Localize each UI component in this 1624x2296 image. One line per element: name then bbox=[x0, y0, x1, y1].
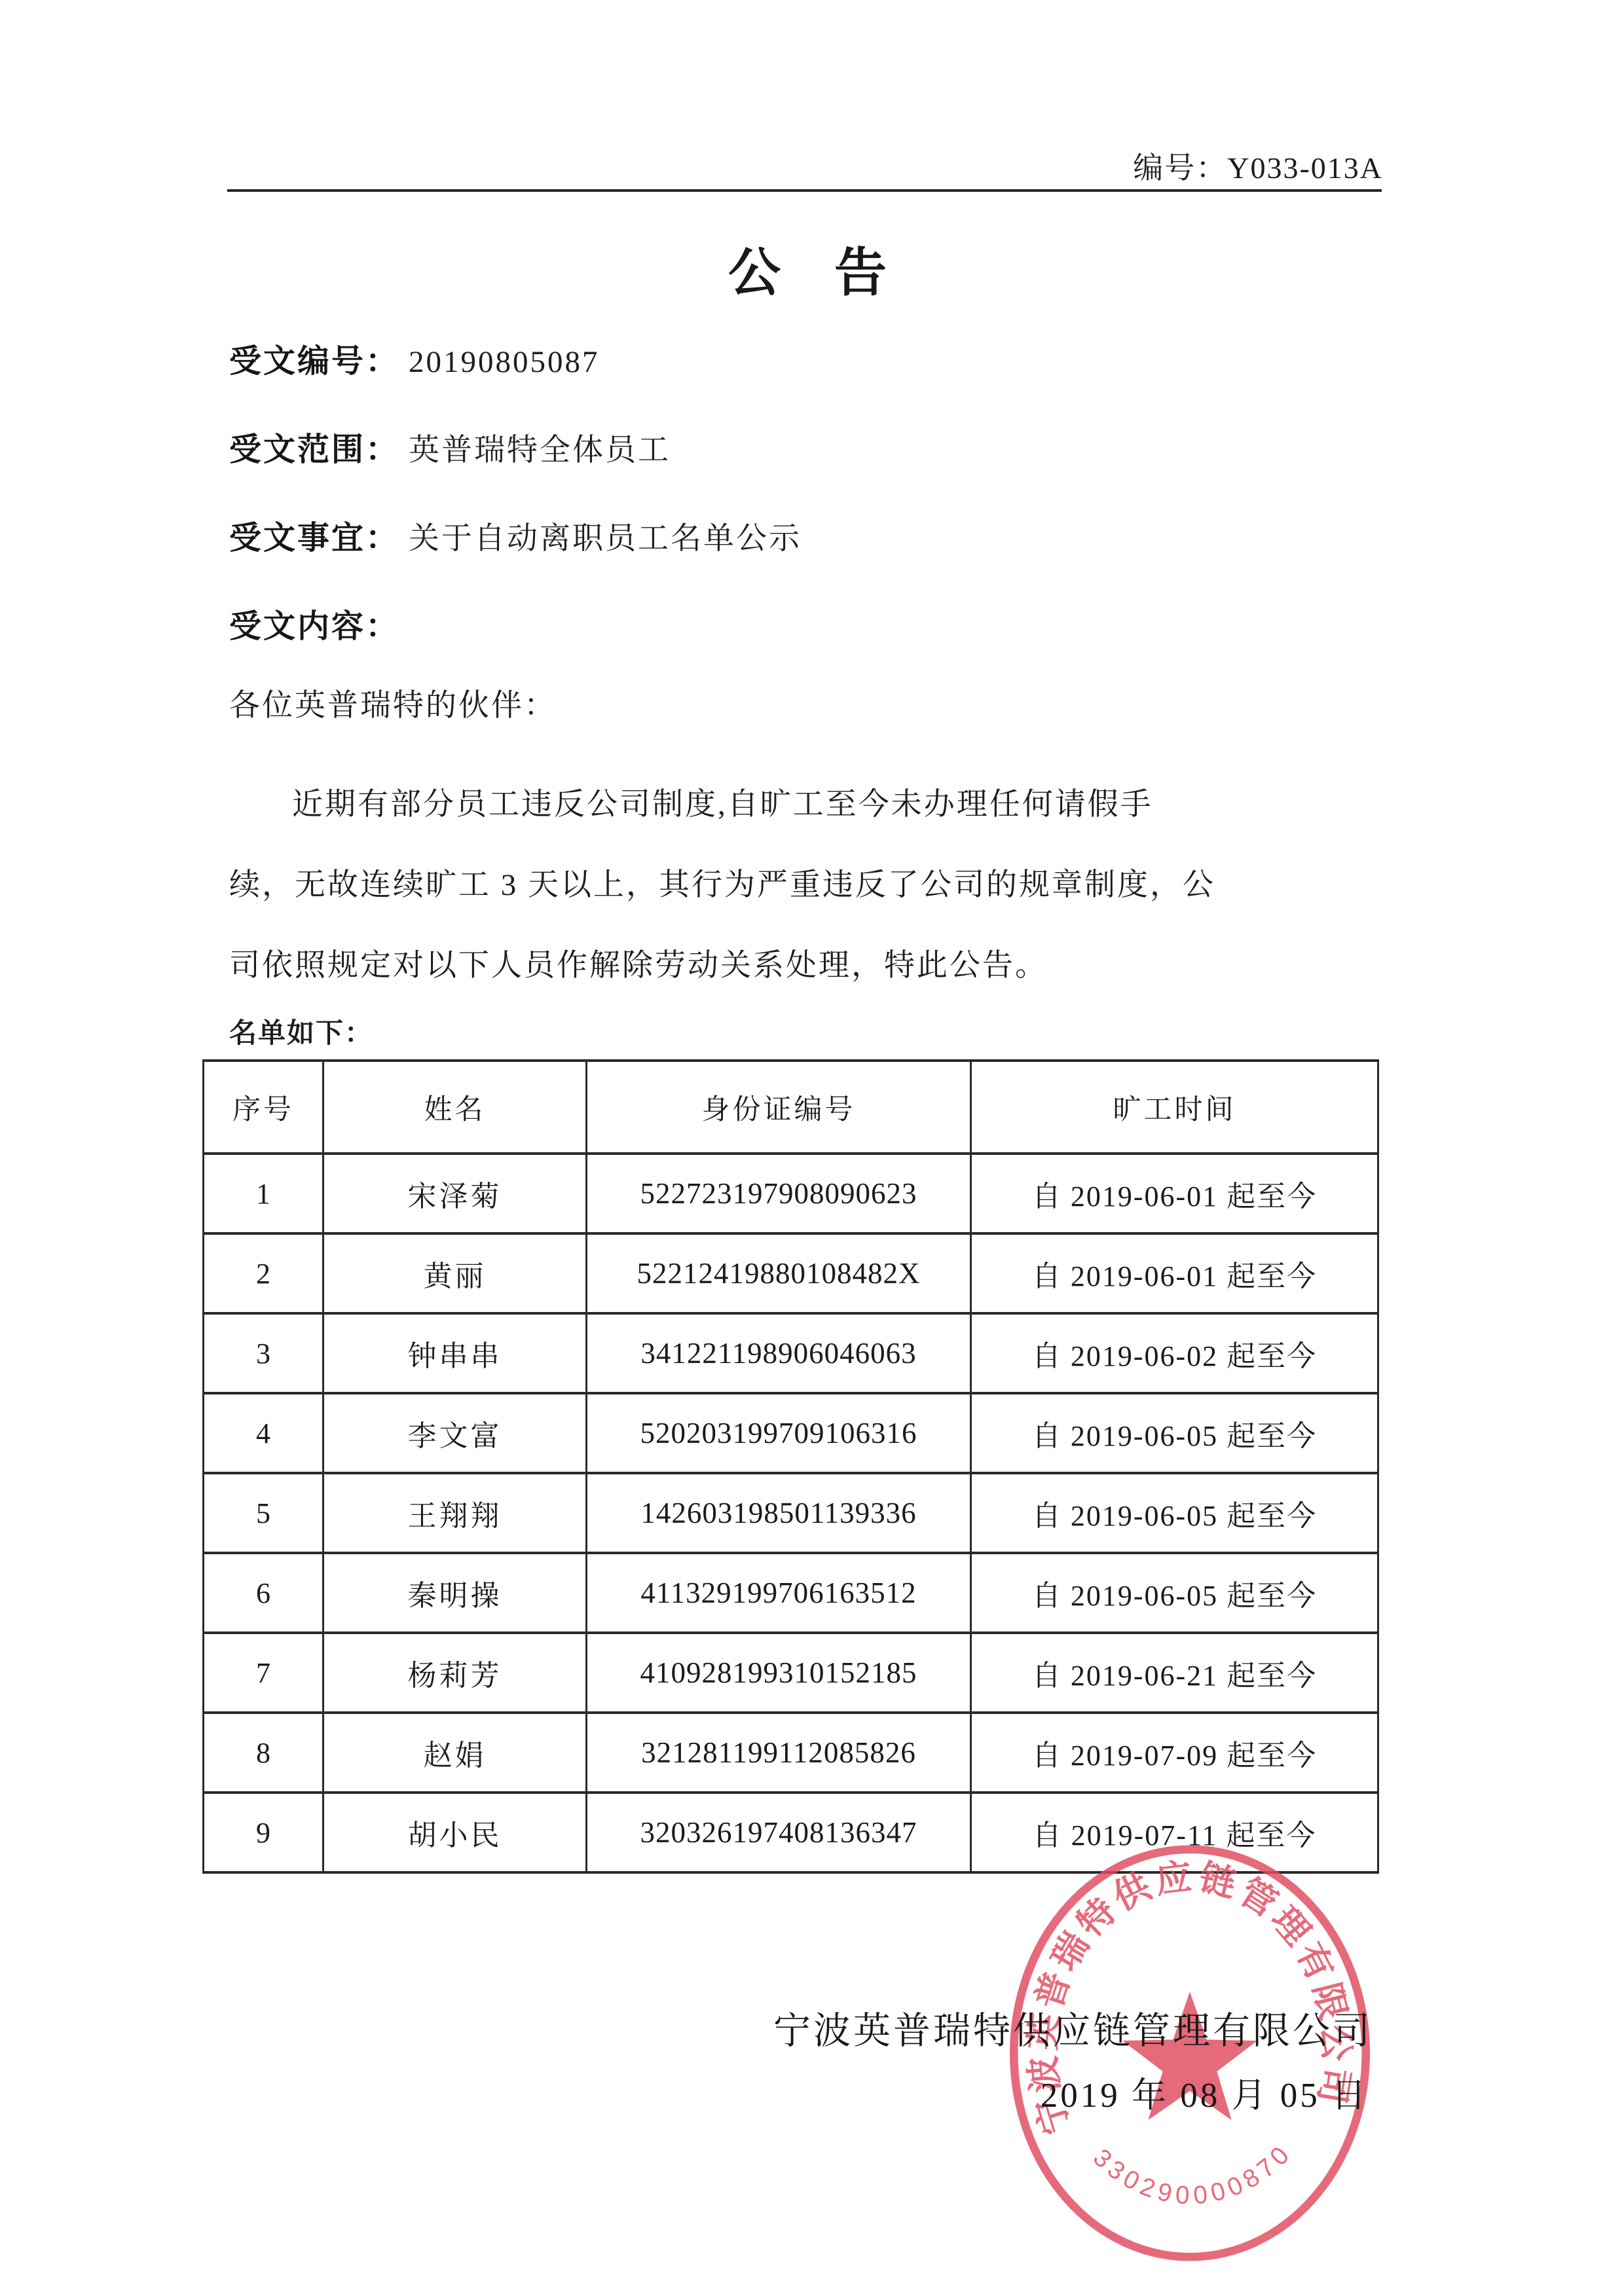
table-row: 4 李文富 520203199709106316 自 2019-06-05 起至… bbox=[204, 1393, 1378, 1473]
col-header-id: 身份证编号 bbox=[587, 1061, 971, 1154]
table-row: 1 宋泽菊 522723197908090623 自 2019-06-01 起至… bbox=[204, 1154, 1378, 1233]
paragraph-line: 司依照规定对以下人员作解除劳动关系处理，特此公告。 bbox=[229, 926, 1388, 1006]
cell-name: 李文富 bbox=[323, 1393, 587, 1473]
col-header-absence: 旷工时间 bbox=[971, 1061, 1378, 1154]
cell-name: 胡小民 bbox=[323, 1793, 587, 1872]
cell-id: 52212419880108482X bbox=[587, 1233, 971, 1313]
cell-index: 3 bbox=[204, 1313, 323, 1393]
table-row: 2 黄丽 52212419880108482X 自 2019-06-01 起至今 bbox=[204, 1233, 1378, 1313]
table-row: 8 赵娟 321281199112085826 自 2019-07-09 起至今 bbox=[204, 1713, 1378, 1793]
cell-name: 杨莉芳 bbox=[323, 1633, 587, 1713]
cell-id: 522723197908090623 bbox=[587, 1154, 971, 1233]
paragraph-line: 续，无故连续旷工 3 天以上，其行为严重违反了公司的规章制度，公 bbox=[229, 845, 1388, 926]
cell-name: 宋泽菊 bbox=[323, 1154, 587, 1233]
table-row: 6 秦明操 411329199706163512 自 2019-06-05 起至… bbox=[204, 1553, 1378, 1633]
table-row: 5 王翔翔 142603198501139336 自 2019-06-05 起至… bbox=[204, 1473, 1378, 1553]
field-value: 关于自动离职员工名单公示 bbox=[409, 522, 802, 556]
cell-absence: 自 2019-06-21 起至今 bbox=[971, 1633, 1378, 1713]
table-row: 3 钟串串 341221198906046063 自 2019-06-02 起至… bbox=[204, 1313, 1378, 1393]
cell-index: 4 bbox=[204, 1393, 323, 1473]
cell-absence: 自 2019-06-05 起至今 bbox=[971, 1473, 1378, 1553]
cell-name: 黄丽 bbox=[323, 1233, 587, 1313]
document-ref-number: 编号：Y033-013A bbox=[1133, 144, 1383, 187]
salutation: 各位英普瑞特的伙伴： bbox=[229, 681, 557, 725]
cell-absence: 自 2019-06-05 起至今 bbox=[971, 1553, 1378, 1633]
cell-index: 1 bbox=[204, 1154, 323, 1233]
signature-date: 2019 年 08 月 05 日 bbox=[1041, 2068, 1369, 2117]
field-label: 受文内容： bbox=[229, 609, 399, 644]
cell-name: 钟串串 bbox=[323, 1313, 587, 1393]
dismissal-roster-table: 序号 姓名 身份证编号 旷工时间 1 宋泽菊 52272319790809062… bbox=[202, 1059, 1379, 1874]
cell-name: 赵娟 bbox=[323, 1713, 587, 1793]
field-label: 受文编号： bbox=[229, 344, 399, 379]
cell-index: 9 bbox=[204, 1793, 323, 1872]
col-header-index: 序号 bbox=[204, 1061, 323, 1154]
cell-id: 520203199709106316 bbox=[587, 1393, 971, 1473]
cell-index: 8 bbox=[204, 1713, 323, 1793]
field-value: 英普瑞特全体员工 bbox=[409, 433, 671, 467]
field-value: 20190805087 bbox=[409, 345, 600, 379]
field-label: 受文事宜： bbox=[229, 520, 399, 556]
cell-id: 410928199310152185 bbox=[587, 1633, 971, 1713]
cell-index: 6 bbox=[204, 1553, 323, 1633]
cell-id: 320326197408136347 bbox=[587, 1793, 971, 1872]
cell-index: 5 bbox=[204, 1473, 323, 1553]
cell-index: 7 bbox=[204, 1633, 323, 1713]
cell-id: 411329199706163512 bbox=[587, 1553, 971, 1633]
col-header-name: 姓名 bbox=[323, 1061, 587, 1154]
cell-index: 2 bbox=[204, 1233, 323, 1313]
cell-id: 142603198501139336 bbox=[587, 1473, 971, 1553]
cell-id: 341221198906046063 bbox=[587, 1313, 971, 1393]
roster-label: 名单如下： bbox=[229, 1011, 373, 1051]
paragraph-line: 近期有部分员工违反公司制度,自旷工至今未办理任何请假手 bbox=[229, 765, 1388, 845]
signature-company-name: 宁波英普瑞特供应链管理有限公司 bbox=[773, 2001, 1373, 2054]
field-subject: 受文事宜：关于自动离职员工名单公示 bbox=[229, 513, 802, 558]
cell-absence: 自 2019-06-05 起至今 bbox=[971, 1393, 1378, 1473]
cell-name: 王翔翔 bbox=[323, 1473, 587, 1553]
field-scope: 受文范围：英普瑞特全体员工 bbox=[229, 424, 671, 470]
body-paragraph: 近期有部分员工违反公司制度,自旷工至今未办理任何请假手 续，无故连续旷工 3 天… bbox=[229, 765, 1388, 1006]
header-rule bbox=[227, 189, 1382, 192]
cell-absence: 自 2019-06-01 起至今 bbox=[971, 1233, 1378, 1313]
table-row: 7 杨莉芳 410928199310152185 自 2019-06-21 起至… bbox=[204, 1633, 1378, 1713]
cell-id: 321281199112085826 bbox=[587, 1713, 971, 1793]
announcement-page: 编号：Y033-013A 公 告 受文编号：20190805087 受文范围：英… bbox=[0, 0, 1624, 2296]
cell-name: 秦明操 bbox=[323, 1553, 587, 1633]
cell-absence: 自 2019-06-01 起至今 bbox=[971, 1154, 1378, 1233]
field-doc-number: 受文编号：20190805087 bbox=[229, 336, 600, 382]
field-content: 受文内容： bbox=[229, 601, 409, 647]
cell-absence: 自 2019-07-09 起至今 bbox=[971, 1713, 1378, 1793]
table-header-row: 序号 姓名 身份证编号 旷工时间 bbox=[204, 1061, 1378, 1154]
field-label: 受文范围： bbox=[229, 432, 399, 467]
page-title: 公 告 bbox=[0, 230, 1624, 306]
cell-absence: 自 2019-06-02 起至今 bbox=[971, 1313, 1378, 1393]
